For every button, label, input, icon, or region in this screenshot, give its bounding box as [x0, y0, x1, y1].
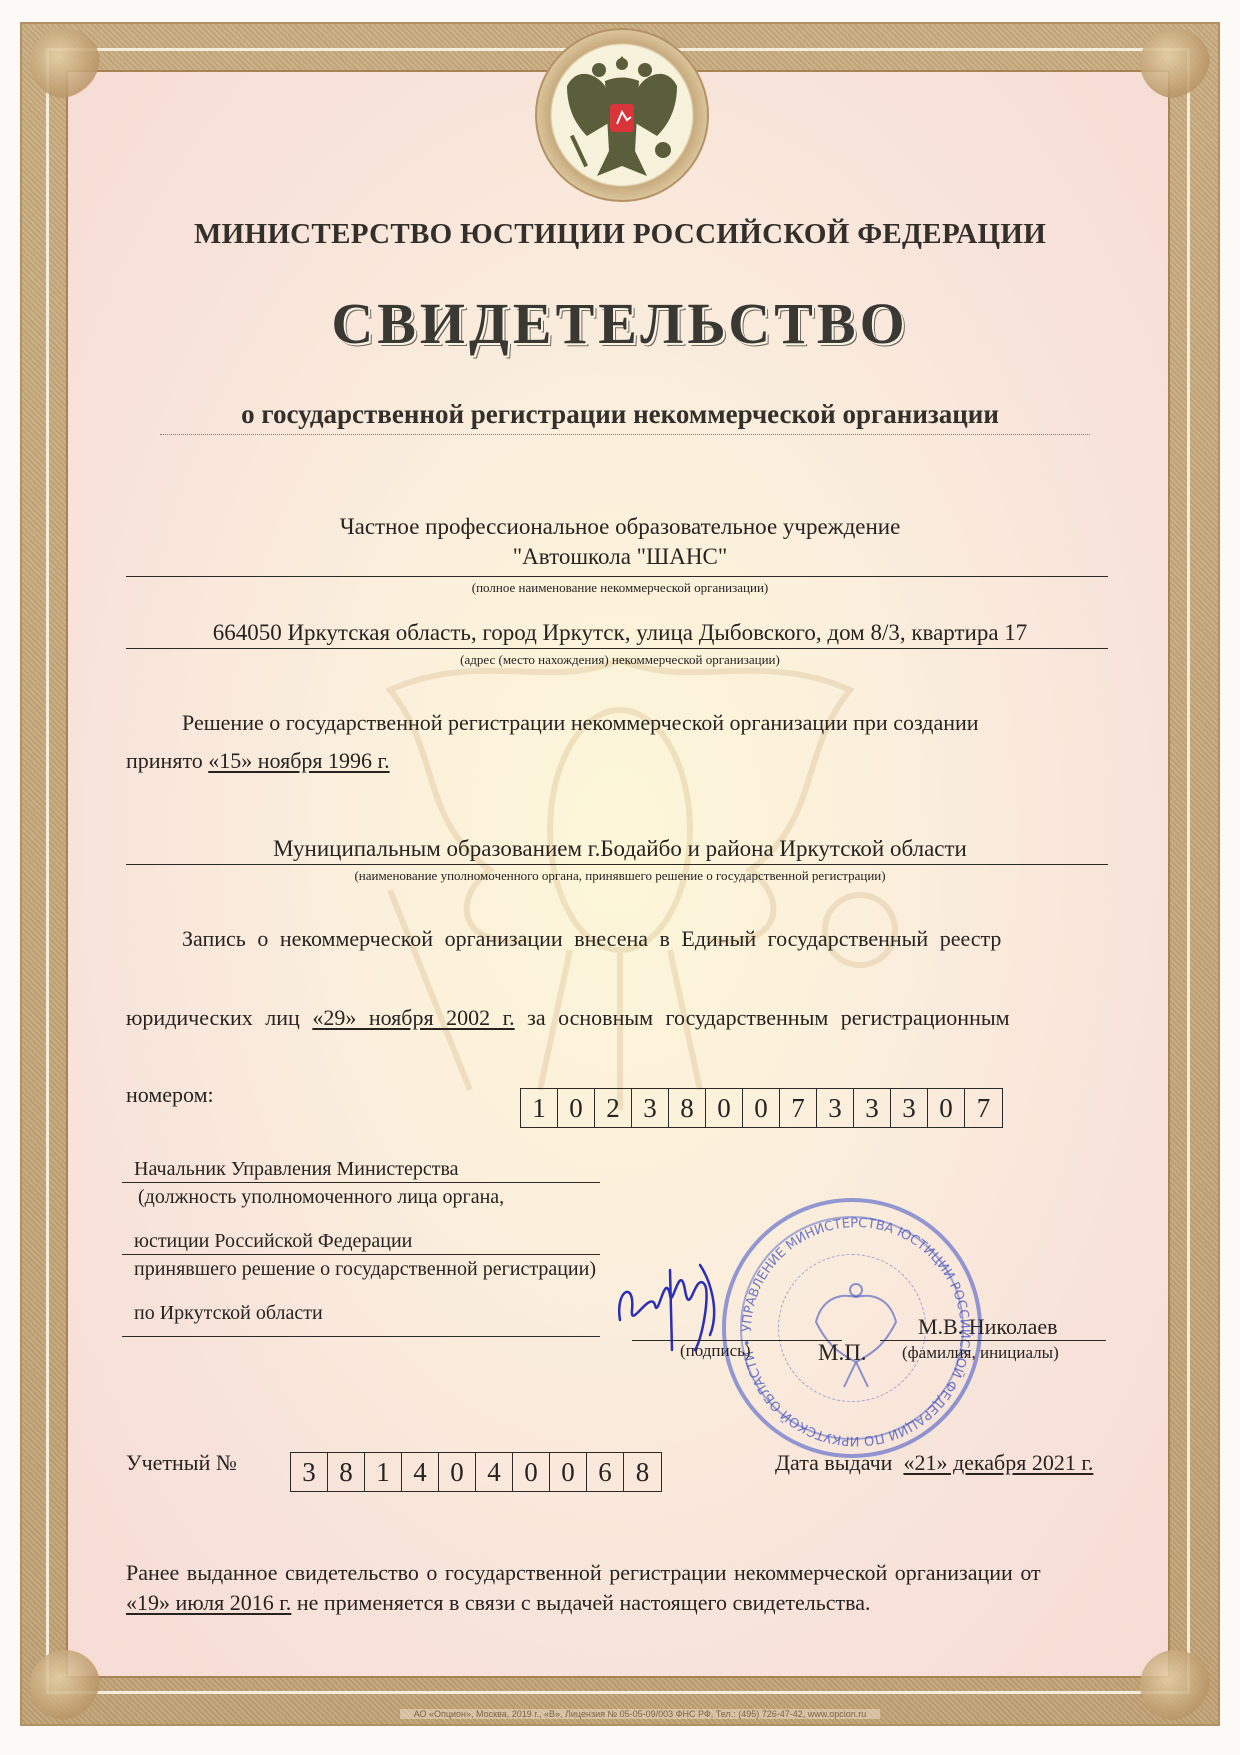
ogrn-digit: 3: [817, 1089, 854, 1127]
subtitle-underline: [160, 434, 1090, 435]
issue-date-value: «21» декабря 2021 г.: [903, 1450, 1093, 1475]
account-digit: 4: [476, 1453, 513, 1491]
organization-address-caption: (адрес (место нахождения) некоммерческой…: [120, 652, 1120, 668]
decision-accepted-line: принято «15» ноября 1996 г.: [126, 748, 390, 774]
signatory-position-rule2: [122, 1254, 600, 1255]
seal-label: М.П.: [818, 1340, 867, 1366]
signatory-position-line1: Начальник Управления Министерства: [134, 1158, 459, 1181]
previous-certificate-line2: «19» июля 2016 г. не применяется в связи…: [126, 1590, 870, 1616]
account-digit: 4: [402, 1453, 439, 1491]
previous-certificate-date: «19» июля 2016 г.: [126, 1590, 291, 1615]
emblem-medallion: [535, 28, 709, 202]
registry-entry-date: «29» ноября 2002 г.: [312, 1005, 514, 1030]
decision-accepted-prefix: принято: [126, 748, 203, 773]
certificate-subtitle: о государственной регистрации некоммерче…: [0, 399, 1240, 430]
ogrn-digit: 1: [521, 1089, 558, 1127]
registry-line2-prefix: юридических лиц: [126, 1005, 300, 1030]
account-digit: 1: [365, 1453, 402, 1491]
ogrn-digit: 7: [780, 1089, 817, 1127]
organization-name-line1: Частное профессиональное образовательное…: [120, 514, 1120, 540]
account-digit: 0: [439, 1453, 476, 1491]
registry-line2-suffix: за основным государственным регистрацион…: [527, 1005, 1009, 1030]
signatory-position-rule3: [122, 1336, 600, 1337]
organization-name-line2: "Автошкола "ШАНС": [120, 544, 1120, 570]
account-digit: 3: [291, 1453, 328, 1491]
registry-number-label: номером:: [126, 1082, 214, 1108]
signatory-position-rule1: [122, 1182, 600, 1183]
signatory-name-rule: [880, 1340, 1106, 1341]
decision-text: Решение о государственной регистрации не…: [182, 710, 979, 736]
registry-line2: юридических лиц «29» ноября 2002 г. за о…: [126, 1005, 1010, 1031]
registering-authority-rule: [126, 864, 1108, 865]
issue-date-label: Дата выдачи: [775, 1450, 892, 1475]
ogrn-digit: 0: [928, 1089, 965, 1127]
printer-imprint: АО «Опцион», Москва, 2019 г., «В», Лицен…: [400, 1709, 880, 1719]
account-digit: 0: [513, 1453, 550, 1491]
registering-authority: Муниципальным образованием г.Бодайбо и р…: [120, 836, 1120, 862]
ogrn-digit: 0: [743, 1089, 780, 1127]
previous-certificate-suffix: не применяется в связи с выдачей настоящ…: [297, 1590, 871, 1615]
corner-ornament-bottom-left: [30, 1650, 100, 1720]
corner-ornament-top-left: [30, 28, 100, 98]
ministry-heading: МИНИСТЕРСТВО ЮСТИЦИИ РОССИЙСКОЙ ФЕДЕРАЦИ…: [0, 218, 1240, 251]
corner-ornament-bottom-right: [1140, 1650, 1210, 1720]
ogrn-digit: 3: [891, 1089, 928, 1127]
ogrn-digit: 2: [595, 1089, 632, 1127]
decision-accepted-date: «15» ноября 1996 г.: [208, 748, 389, 773]
signatory-position-line3: по Иркутской области: [134, 1302, 323, 1325]
ogrn-digit: 7: [965, 1089, 1002, 1127]
signatory-name-caption: (фамилия, инициалы): [902, 1343, 1059, 1363]
ogrn-digit: 3: [854, 1089, 891, 1127]
signatory-position-caption2: принявшего решение о государственной рег…: [134, 1258, 596, 1281]
account-digit: 8: [624, 1453, 661, 1491]
issue-date-line: Дата выдачи «21» декабря 2021 г.: [775, 1450, 1093, 1476]
ogrn-number-boxes: 1023800733307: [520, 1088, 1003, 1128]
ogrn-digit: 0: [706, 1089, 743, 1127]
signatory-position-caption1: (должность уполномоченного лица органа,: [138, 1186, 504, 1209]
account-digit: 8: [328, 1453, 365, 1491]
certificate-title: СВИДЕТЕЛЬСТВО: [0, 290, 1240, 357]
ogrn-digit: 3: [632, 1089, 669, 1127]
organization-address: 664050 Иркутская область, город Иркутск,…: [120, 620, 1120, 646]
russian-coat-of-arms-icon: [557, 46, 687, 186]
signature-caption: (подпись): [680, 1341, 751, 1361]
registering-authority-caption: (наименование уполномоченного органа, пр…: [120, 868, 1120, 884]
account-number-label: Учетный №: [126, 1450, 237, 1476]
organization-name-caption: (полное наименование некоммерческой орга…: [120, 580, 1120, 596]
ogrn-digit: 0: [558, 1089, 595, 1127]
account-digit: 0: [550, 1453, 587, 1491]
previous-certificate-line1: Ранее выданное свидетельство о государст…: [126, 1560, 1041, 1586]
ogrn-digit: 8: [669, 1089, 706, 1127]
organization-name-rule: [126, 576, 1108, 577]
corner-ornament-top-right: [1140, 28, 1210, 98]
registry-line1: Запись о некоммерческой организации внес…: [182, 926, 1001, 952]
organization-address-rule: [126, 648, 1108, 649]
signatory-position-line2: юстиции Российской Федерации: [134, 1230, 412, 1253]
account-digit: 6: [587, 1453, 624, 1491]
signatory-name: М.В. Николаев: [918, 1314, 1058, 1340]
account-number-boxes: 3814040068: [290, 1452, 662, 1492]
